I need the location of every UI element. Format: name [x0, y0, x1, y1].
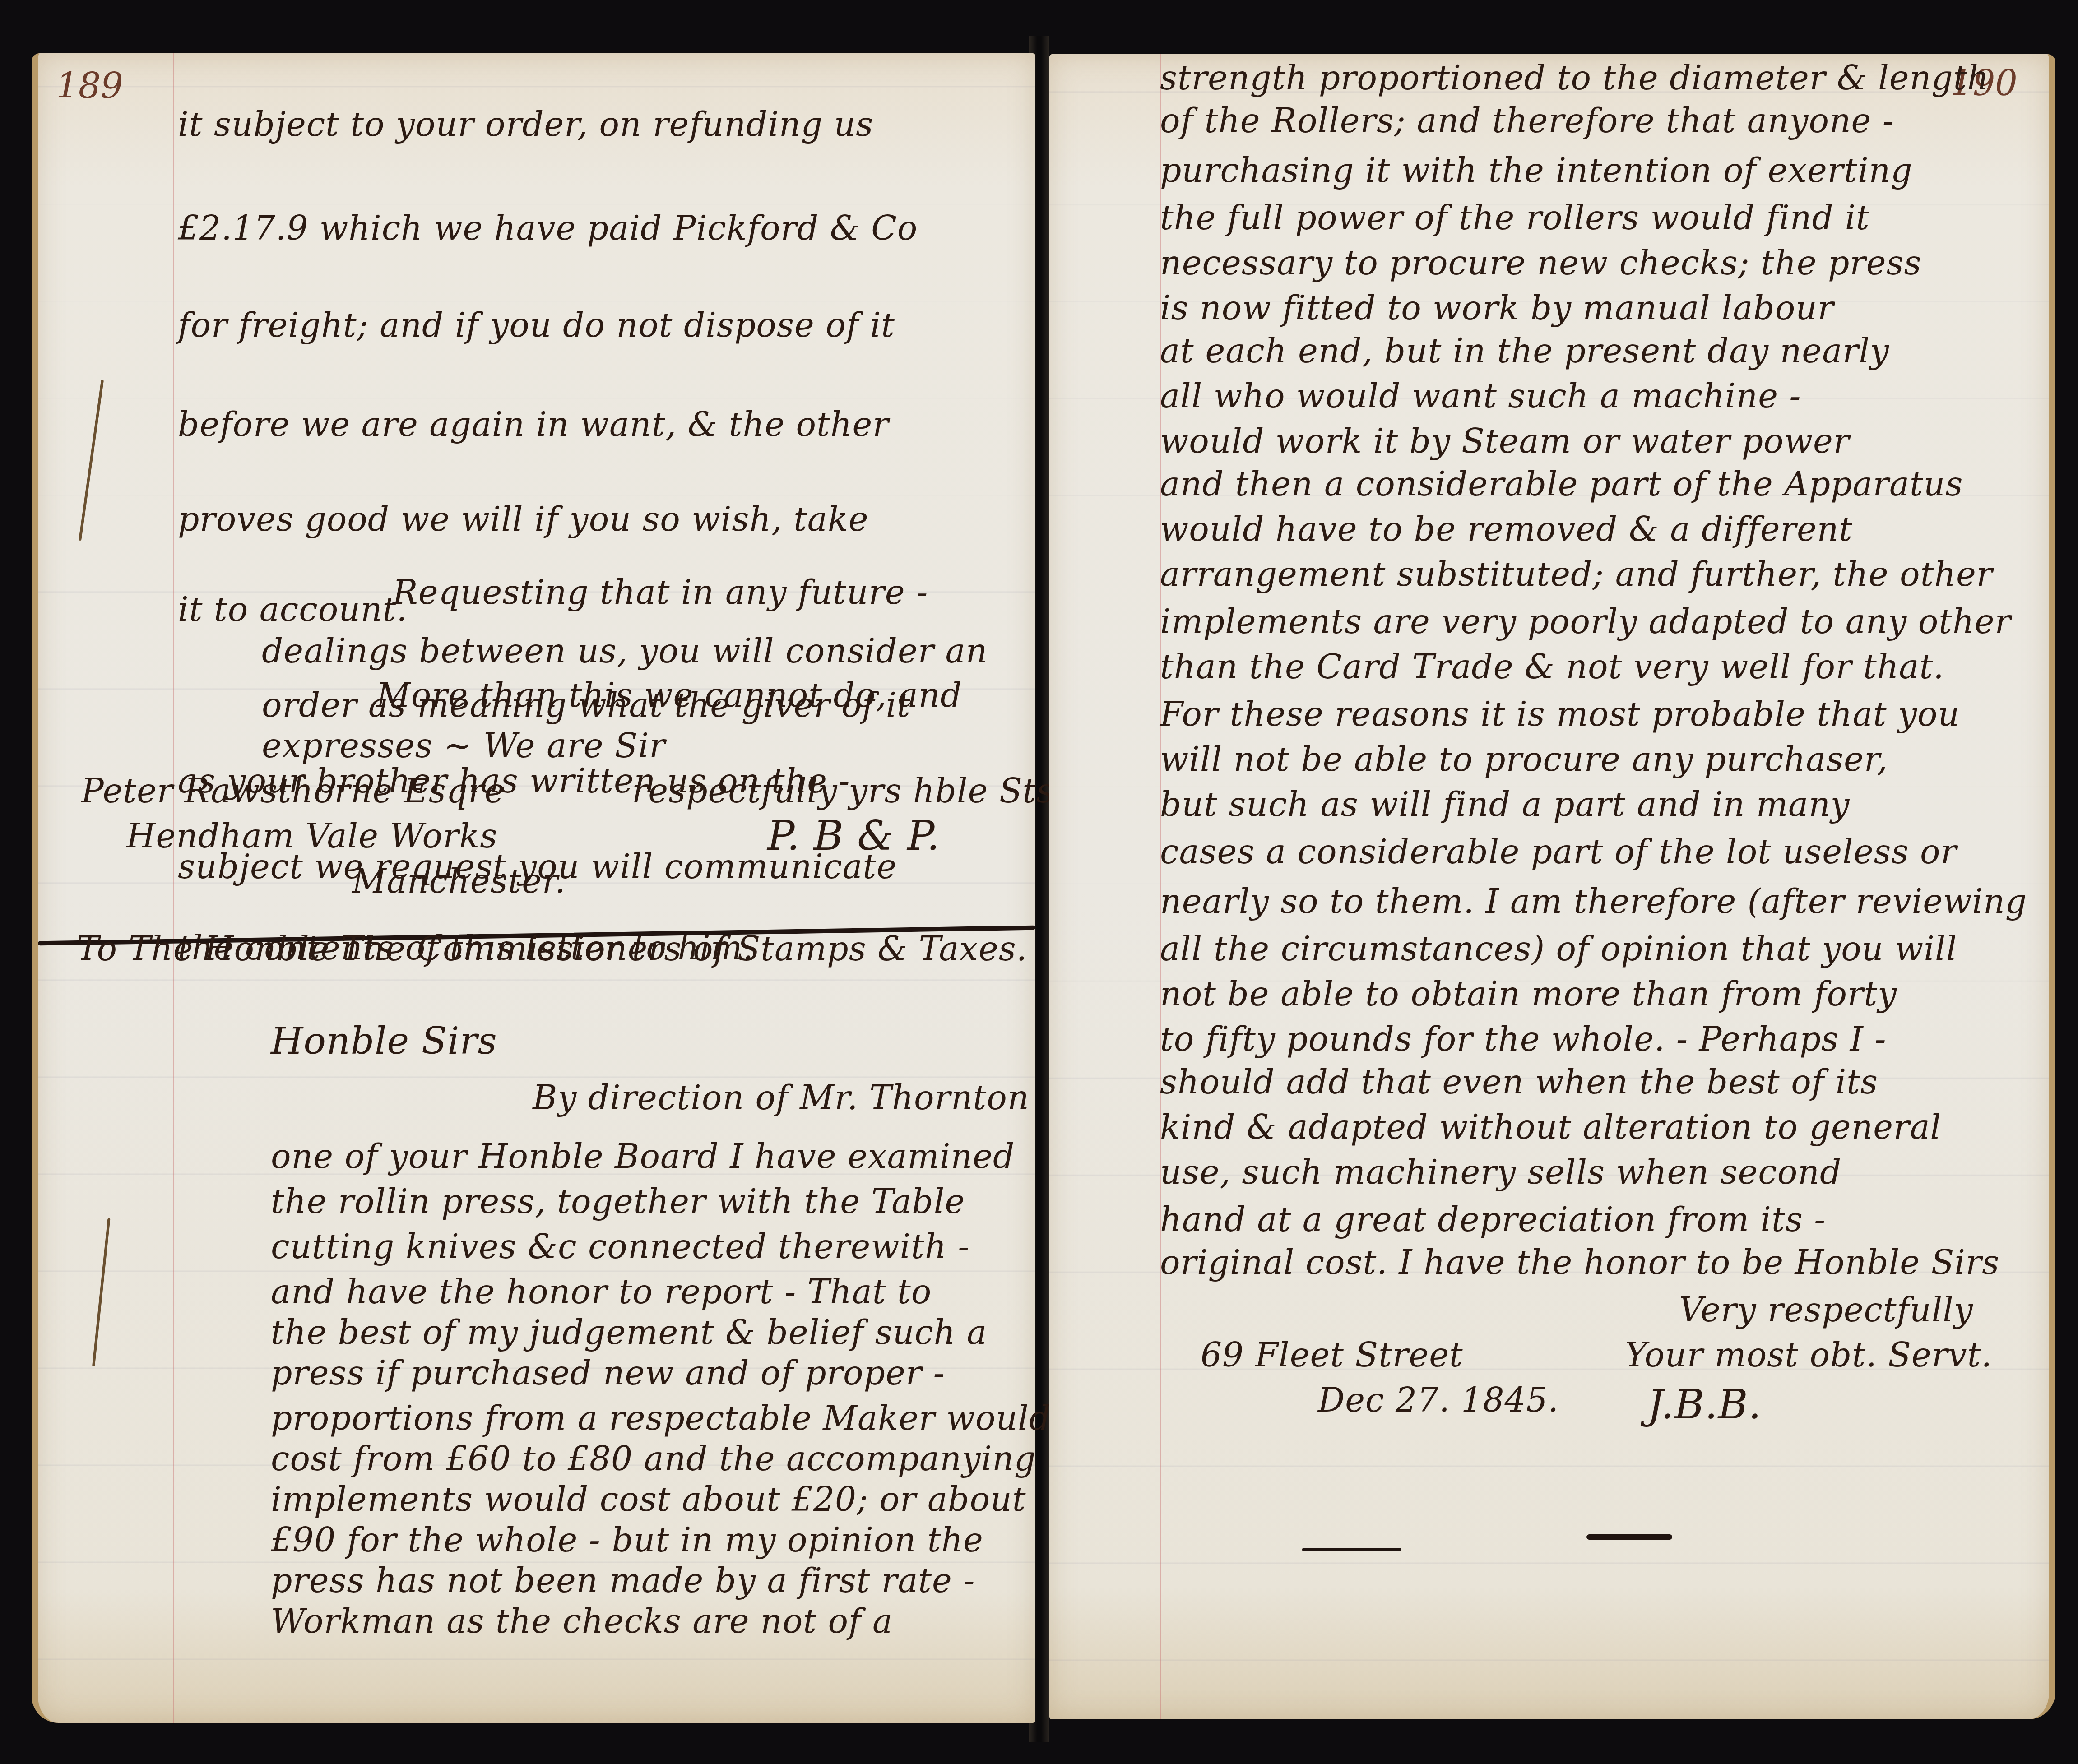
page-number-left: 189 [56, 66, 123, 106]
text-line: Requesting that in any future - [393, 573, 928, 612]
text-line: £2.17.9 which we have paid Pickford & Co [178, 209, 918, 248]
text-line: and then a considerable part of the Appa… [1160, 465, 1963, 504]
text-line: press if purchased new and of proper - [271, 1354, 945, 1393]
signature: J.B.B. [1647, 1381, 1762, 1428]
text-line: implements would cost about £20; or abou… [271, 1480, 1026, 1519]
text-line: all who would want such a machine - [1160, 377, 1801, 416]
text-line: cutting knives &c connected therewith - [271, 1227, 969, 1266]
text-line: is now fitted to work by manual labour [1160, 289, 1834, 328]
text-line: Workman as the checks are not of a [271, 1602, 893, 1641]
text-line: the best of my judgement & belief such a [271, 1313, 987, 1352]
text-line: order as meaning what the giver of it [262, 686, 911, 725]
addressee-name: Peter Rawsthorne Esqre [81, 772, 505, 810]
text-line: and have the honor to report - That to [271, 1273, 932, 1311]
closing-text-2: Your most obt. Servt. [1625, 1336, 1992, 1375]
addressee-works: Hendham Vale Works [126, 817, 497, 856]
text-line: would work it by Steam or water power [1160, 422, 1850, 461]
text-line: before we are again in want, & the other [178, 405, 889, 444]
text-line: for freight; and if you do not dispose o… [178, 306, 895, 345]
text-line: to fifty pounds for the whole. - Perhaps… [1160, 1020, 1887, 1059]
text-line: strength proportioned to the diameter & … [1160, 59, 1989, 97]
text-line: at each end, but in the present day near… [1160, 332, 1889, 370]
text-line: cost from £60 to £80 and the accompanyin… [271, 1440, 1036, 1478]
text-line: purchasing it with the intention of exer… [1160, 151, 1913, 190]
text-line: one of your Honble Board I have examined [271, 1137, 1015, 1176]
text-line: use, such machinery sells when second [1160, 1153, 1841, 1192]
text-line: will not be able to procure any purchase… [1160, 740, 1888, 779]
text-line: of the Rollers; and therefore that anyon… [1160, 102, 1894, 140]
text-line: the full power of the rollers would find… [1160, 199, 1870, 237]
signature-flourish [1586, 1534, 1672, 1540]
text-line: arrangement substituted; and further, th… [1160, 555, 1993, 594]
text-line: cases a considerable part of the lot use… [1160, 833, 1957, 871]
text-line: expresses ~ We are Sir [262, 727, 666, 765]
text-line: For these reasons it is most probable th… [1160, 695, 1960, 734]
closing-text: Very respectfully [1679, 1291, 1973, 1329]
letter-heading: To The Honble The Commissioners of Stamp… [77, 930, 1027, 968]
date: Dec 27. 1845. [1318, 1381, 1559, 1420]
text-line: By direction of Mr. Thornton [533, 1079, 1030, 1117]
addressee-city: Manchester. [352, 862, 566, 901]
text-line: proves good we will if you so wish, take [178, 500, 869, 539]
signature: P. B & P. [767, 812, 940, 860]
text-line: necessary to procure new checks; the pre… [1160, 244, 1922, 282]
text-line: press has not been made by a first rate … [271, 1561, 975, 1600]
text-line: than the Card Trade & not very well for … [1160, 648, 1944, 686]
text-line: kind & adapted without alteration to gen… [1160, 1108, 1941, 1147]
text-line: would have to be removed & a different [1160, 510, 1853, 549]
text-line: £90 for the whole - but in my opinion th… [271, 1521, 983, 1560]
text-line: nearly so to them. I am therefore (after… [1160, 882, 2027, 921]
text-line: it subject to your order, on refunding u… [178, 105, 873, 144]
text-line: implements are very poorly adapted to an… [1160, 602, 2011, 641]
text-line: proportions from a respectable Maker wou… [271, 1399, 1051, 1438]
text-line: should add that even when the best of it… [1160, 1063, 1878, 1102]
text-line: all the circumstances) of opinion that y… [1160, 930, 1957, 968]
text-line: it to account. [178, 590, 408, 629]
date-underline [1302, 1548, 1401, 1551]
text-line: but such as will find a part and in many [1160, 785, 1850, 824]
closing-text: respectfully yrs hble Sts. [632, 772, 1065, 810]
text-line: dealings between us, you will consider a… [262, 632, 988, 671]
margin-rule [173, 53, 174, 1723]
address: 69 Fleet Street [1201, 1336, 1463, 1375]
text-line: not be able to obtain more than from for… [1160, 975, 1897, 1014]
salutation: Honble Sirs [271, 1020, 497, 1063]
text-line: hand at a great depreciation from its - [1160, 1200, 1826, 1239]
text-line: the rollin press, together with the Tabl… [271, 1182, 965, 1221]
text-line: original cost. I have the honor to be Ho… [1160, 1243, 1999, 1282]
